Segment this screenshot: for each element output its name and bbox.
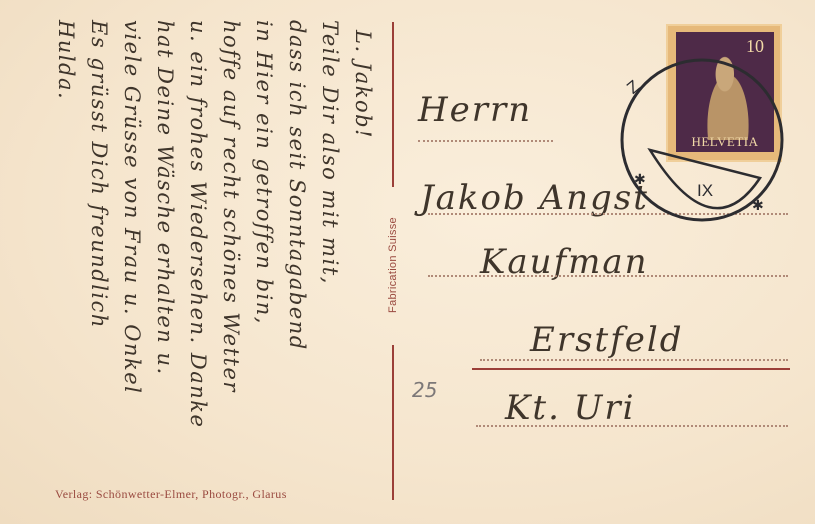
message-line: dass ich seit Sonntagabend	[285, 20, 309, 351]
address-line-dots	[428, 275, 788, 277]
message-line: in Hier ein getroffen bin,	[252, 20, 276, 325]
message-line: Teile Dir also mit mit,	[318, 20, 342, 285]
fabrication-label: Fabrication Suisse	[387, 217, 399, 313]
postmark-icon: IX Z ✱ ✱	[612, 50, 792, 230]
divider-line-top	[392, 22, 394, 187]
svg-text:✱: ✱	[634, 173, 646, 188]
address-line-dots	[418, 140, 553, 142]
message-line: hoffe auf recht schönes Wetter	[219, 20, 243, 393]
publisher-imprint: Verlag: Schönwetter-Elmer, Photogr., Gla…	[55, 487, 287, 502]
message-line: viele Grüsse von Frau u. Onkel	[120, 20, 144, 394]
handwritten-message: L. Jakob! Teile Dir also mit mit, dass i…	[35, 20, 375, 490]
message-line: L. Jakob!	[351, 30, 375, 139]
svg-text:✱: ✱	[752, 199, 764, 214]
divider-line-bottom	[392, 345, 394, 500]
message-line: Hulda.	[54, 20, 78, 100]
postmark-bottom-text: IX	[697, 181, 713, 200]
pencil-note: 25	[412, 378, 437, 402]
message-line: u. ein frohes Wiedersehen. Danke	[186, 20, 210, 428]
address-line-dots	[480, 359, 788, 361]
address-red-line	[472, 368, 790, 370]
address-canton: Kt. Uri	[505, 388, 635, 428]
address-town: Erstfeld	[530, 320, 684, 360]
message-line: hat Deine Wäsche erhalten u.	[153, 20, 177, 376]
message-line: Es grüsst Dich freundlich	[87, 20, 111, 329]
postcard-back: Fabrication Suisse L. Jakob! Teile Dir a…	[0, 0, 815, 524]
address-salutation: Herrn	[418, 90, 532, 130]
address-line-dots	[476, 425, 788, 427]
